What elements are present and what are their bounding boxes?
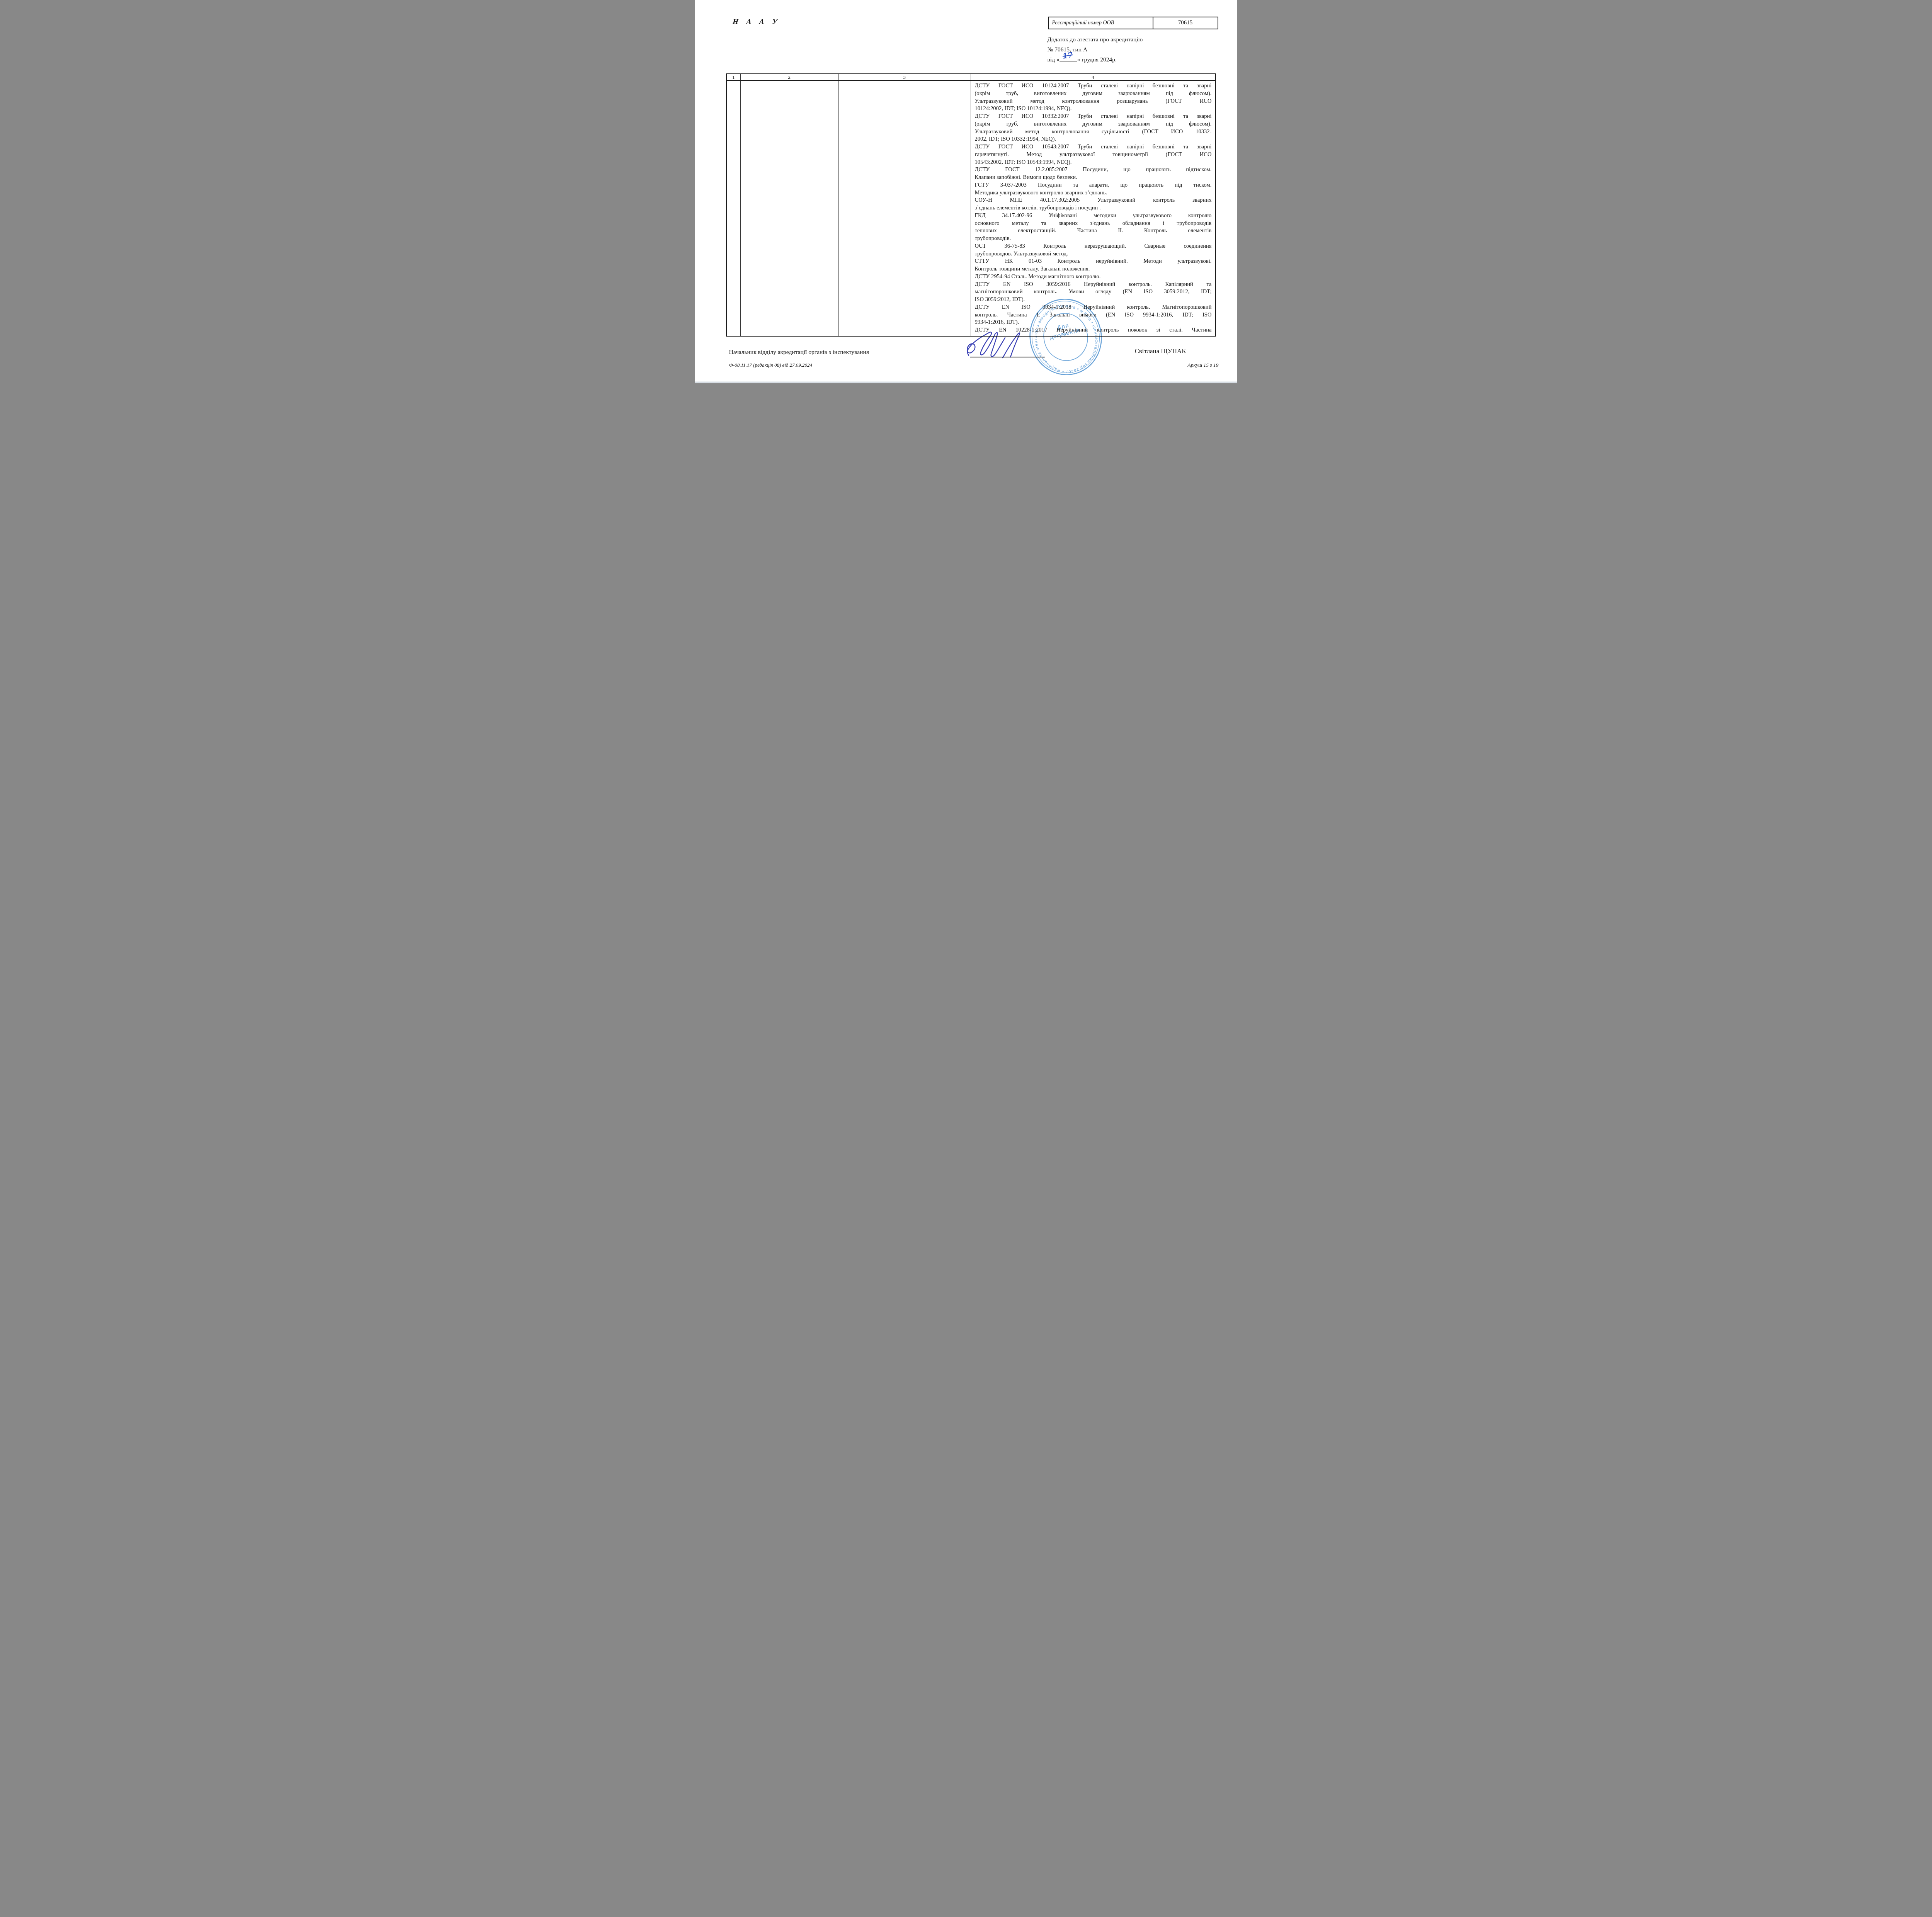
- standards-line: Методика ультразвукового контролю зварни…: [975, 189, 1212, 197]
- standards-line: гарячетягнуті. Метод ультразвукової товщ…: [975, 151, 1212, 159]
- standards-line: ДСТУ 2954-94 Сталь. Методи магнітного ко…: [975, 273, 1212, 281]
- standards-line: (окрім труб, виготовлених дуговим зварюв…: [975, 121, 1212, 128]
- column-header-4: 4: [971, 74, 1215, 81]
- standards-line: трубопроводів.: [975, 235, 1212, 243]
- standards-line: з`єднань елементів котлів, трубопроводів…: [975, 204, 1212, 212]
- standards-line: Клапани запобіжні. Вимоги щодо безпеки.: [975, 174, 1212, 182]
- sheet-number: Аркуш 15 з 19: [1188, 362, 1219, 368]
- standards-line: Ультразвуковий метод контролювання розша…: [975, 98, 1212, 105]
- date-blank-line: 17: [1060, 55, 1077, 61]
- standards-line: ДСТУ ГОСТ ИСО 10124:2007 Труби сталеві н…: [975, 82, 1212, 90]
- standards-line: ДСТУ ГОСТ ИСО 10543:2007 Труби сталеві н…: [975, 143, 1212, 151]
- scan-edge-strip: [695, 381, 1237, 383]
- form-reference: Ф-08.11.17 (редакція 08) від 27.09.2024: [729, 362, 813, 368]
- standards-line: 2002, IDT; ISO 10332:1994, NEQ).: [975, 136, 1212, 143]
- standards-line: ДСТУ EN ISO 3059:2016 Неруйнівний контро…: [975, 281, 1212, 289]
- standards-line: СТТУ НК 01-03 Контроль неруйнівний. Мето…: [975, 258, 1212, 265]
- naau-logo: Н А А У: [732, 18, 781, 26]
- table-cell-2-empty: [741, 81, 838, 336]
- addendum-number: № 70615, тип А: [1048, 45, 1143, 55]
- signatory-name: Світлана ЩУПАК: [1135, 347, 1186, 355]
- table-cell-3-empty: [838, 81, 971, 336]
- date-suffix: » грудня 2024р.: [1077, 56, 1117, 63]
- addendum-date: від «17» грудня 2024р.: [1048, 55, 1143, 65]
- standards-line: Ультразвуковий метод контролювання суціл…: [975, 128, 1212, 136]
- standards-line: ОСТ 36-75-83 Контроль неразрушающий. Сва…: [975, 243, 1212, 250]
- standards-line: 10124:2002, IDT; ISO 10124:1994, NEQ).: [975, 105, 1212, 113]
- column-header-1: 1: [727, 74, 741, 81]
- signatory-title: Начальник відділу акредитації органів з …: [729, 349, 869, 356]
- standards-line: (окрім труб, виготовлених дуговим зварюв…: [975, 90, 1212, 98]
- registration-number-value: 70615: [1153, 17, 1218, 29]
- standards-line: основного металу та зварних з'єднань обл…: [975, 220, 1212, 228]
- standards-table: 1 2 3 4 ДСТУ ГОСТ ИСО 10124:2007 Труби с…: [726, 73, 1216, 337]
- column-header-2: 2: [741, 74, 838, 81]
- column-header-3: 3: [838, 74, 971, 81]
- registration-number-label: Реєстраційний номер ООВ: [1049, 17, 1153, 29]
- standards-line: СОУ-Н МПЕ 40.1.17.302:2005 Ультразвукови…: [975, 197, 1212, 204]
- handwritten-day: 17: [1062, 50, 1073, 61]
- standards-line: ДСТУ ГОСТ ИСО 10332:2007 Труби сталеві н…: [975, 113, 1212, 121]
- standards-line: ГСТУ 3-037-2003 Посудини та апарати, що …: [975, 182, 1212, 189]
- handwritten-signature: [965, 331, 1024, 362]
- standards-line: Контроль товщини металу. Загальні положе…: [975, 265, 1212, 273]
- standards-line: ГКД 34.17.402-96 Уніфіковані методики ул…: [975, 212, 1212, 220]
- standards-line: ДСТУ ГОСТ 12.2.085:2007 Посудини, що пра…: [975, 166, 1212, 174]
- scanned-document-page: Н А А У Реєстраційний номер ООВ 70615 До…: [695, 0, 1237, 383]
- standards-line: трубопроводов. Ультразвуковой метод.: [975, 250, 1212, 258]
- standards-line: 10543:2002, IDT; ISO 10543:1994, NEQ).: [975, 159, 1212, 167]
- standards-line: теплових електростанцій. Частина II. Кон…: [975, 227, 1212, 235]
- standards-line: магнітопорошковий контроль. Умови огляду…: [975, 288, 1212, 296]
- date-prefix: від «: [1048, 56, 1060, 63]
- addendum-title: Додаток до атестата про акредитацію: [1048, 35, 1143, 45]
- registration-number-table: Реєстраційний номер ООВ 70615: [1048, 17, 1218, 29]
- addendum-heading: Додаток до атестата про акредитацію № 70…: [1048, 35, 1143, 65]
- official-stamp: Україна • м.Київ • ідентифікаційний код …: [1027, 297, 1104, 377]
- table-cell-1-empty: [727, 81, 741, 336]
